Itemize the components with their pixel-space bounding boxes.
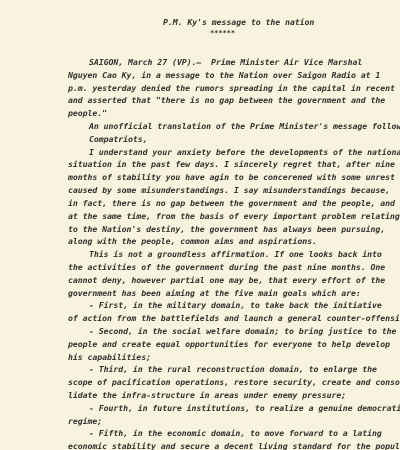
text-line: people." (68, 108, 107, 118)
text-line: lidate the infra-structure in areas unde… (68, 390, 346, 400)
text-line: situation in the past few days. I sincer… (68, 159, 395, 169)
text-line: p.m. yesterday denied the rumors spreadi… (68, 83, 400, 93)
document-title: P.M. Ky's message to the nation (163, 17, 314, 27)
text-line: and asserted that "there is no gap betwe… (68, 95, 385, 105)
text-line: - Fourth, in future institutions, to rea… (89, 403, 400, 413)
text-line: I understand your anxiety before the dev… (89, 147, 400, 157)
text-line: Compatriots, (89, 134, 148, 144)
text-line: his capabilities; (68, 352, 151, 362)
text-line: This is not a groundless affirmation. If… (89, 249, 382, 259)
text-line: government has been aiming at the five m… (68, 288, 361, 298)
title-separator: ****** (210, 28, 235, 38)
text-line: SAIGON, March 27 (VP).— Prime Minister A… (89, 57, 362, 67)
document-page: P.M. Ky's message to the nation ****** S… (0, 0, 400, 450)
text-line: economic stability and secure a decent l… (68, 441, 400, 450)
text-line: An unofficial translation of the Prime M… (89, 121, 400, 131)
text-line: regime; (68, 416, 102, 426)
text-line: in fact, there is no gap between the gov… (68, 198, 395, 208)
text-line: - Fifth, in the economic domain, to move… (89, 428, 382, 438)
text-line: - Third, in the rural reconstruction dom… (89, 364, 377, 374)
text-line: people and create equal opportunities fo… (68, 339, 390, 349)
text-line: scope of pacification operations, restor… (68, 377, 400, 387)
text-line: months of stability you have agin to be … (68, 172, 395, 182)
text-line: at the same time, from the basis of ever… (68, 211, 400, 221)
text-line: along with the people, common aims and a… (68, 236, 317, 246)
text-line: the activities of the government during … (68, 262, 385, 272)
text-line: caused by some misunderstandings. I say … (68, 185, 390, 195)
text-line: cannot deny, however partial one may be,… (68, 275, 385, 285)
text-line: - Second, in the social welfare domain; … (89, 326, 396, 336)
text-line: of action from the battlefields and laun… (68, 313, 400, 323)
text-line: Nguyen Cao Ky, in a message to the Natio… (68, 70, 380, 80)
text-line: - First, in the military domain, to take… (89, 300, 382, 310)
text-line: to the Nation's destiny, the government … (68, 224, 385, 234)
